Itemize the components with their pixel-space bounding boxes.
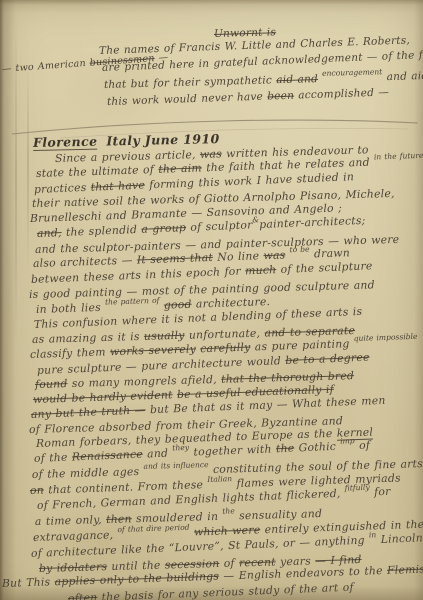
dateline-rest: Italy June 1910 [106, 131, 220, 148]
manuscript-page: Unwornt isThe names of Francis W. Little… [0, 0, 423, 600]
manuscript-photo: Unwornt isThe names of Francis W. Little… [0, 0, 423, 600]
body-text: Since a previous article, was written hi… [33, 152, 423, 600]
dateline-place: Florence [33, 134, 98, 151]
